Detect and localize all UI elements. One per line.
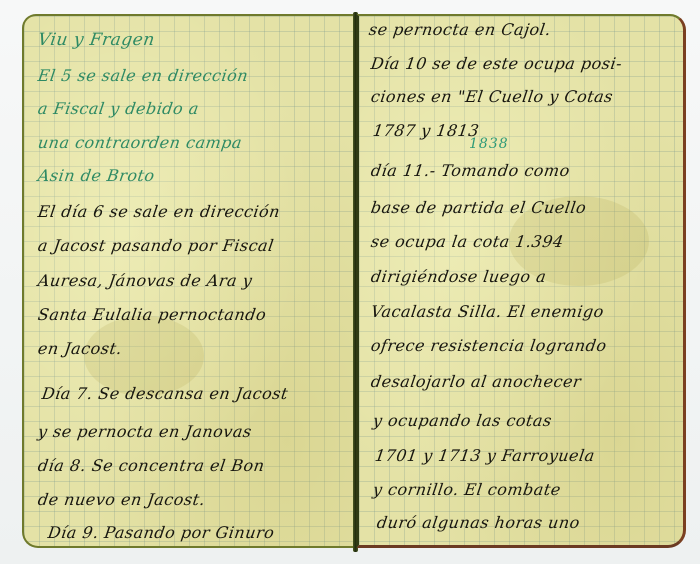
line: Santa Eulalia pernoctando: [37, 305, 268, 324]
line: y ocupando las cotas: [372, 411, 553, 430]
line: base de partida el Cuello: [370, 198, 588, 217]
line: Auresa, Jánovas de Ara y: [37, 271, 254, 290]
line: se ocupa la cota 1.394: [370, 232, 565, 251]
line: El 5 se sale en dirección: [37, 66, 250, 85]
line: Vacalasta Silla. El enemigo: [370, 302, 606, 321]
right-page: se pernocta en Cajol. Día 10 se de este …: [356, 14, 686, 548]
line: desalojarlo al anochecer: [370, 372, 583, 391]
line: 1701 y 1713 y Farroyuela: [374, 446, 596, 465]
line: una contraorden campa: [37, 133, 244, 152]
line: día 8. Se concentra el Bon: [37, 456, 266, 475]
line: Día 7. Se descansa en Jacost: [41, 384, 290, 403]
line: duró algunas horas uno: [376, 513, 582, 532]
scanned-notebook: Viu y Fragen El 5 se sale en dirección a…: [0, 0, 700, 564]
line: día 11.- Tomando como: [370, 161, 572, 180]
line: ofrece resistencia logrando: [370, 336, 608, 355]
line: y cornillo. El combate: [372, 480, 563, 499]
line: se pernocta en Cajol.: [368, 20, 553, 39]
line: 1787 y 1813: [372, 121, 481, 140]
left-page: Viu y Fragen El 5 se sale en dirección a…: [22, 14, 356, 548]
line: dirigiéndose luego a: [370, 267, 548, 286]
line: y se pernocta en Janovas: [37, 422, 253, 441]
line: Asin de Broto: [37, 166, 156, 185]
line: de nuevo en Jacost.: [37, 490, 207, 509]
green-annotation: 1838: [469, 136, 509, 152]
line: a Jacost pasando por Fiscal: [37, 236, 276, 255]
line: Día 9. Pasando por Ginuro: [47, 523, 276, 542]
line: a Fiscal y debido a: [37, 99, 201, 118]
line: El día 6 se sale en dirección: [37, 202, 282, 221]
line: Viu y Fragen: [37, 30, 157, 50]
line: en Jacost.: [37, 339, 124, 358]
line: ciones en "El Cuello y Cotas: [370, 87, 615, 106]
line: Día 10 se de este ocupa posi-: [370, 54, 624, 73]
